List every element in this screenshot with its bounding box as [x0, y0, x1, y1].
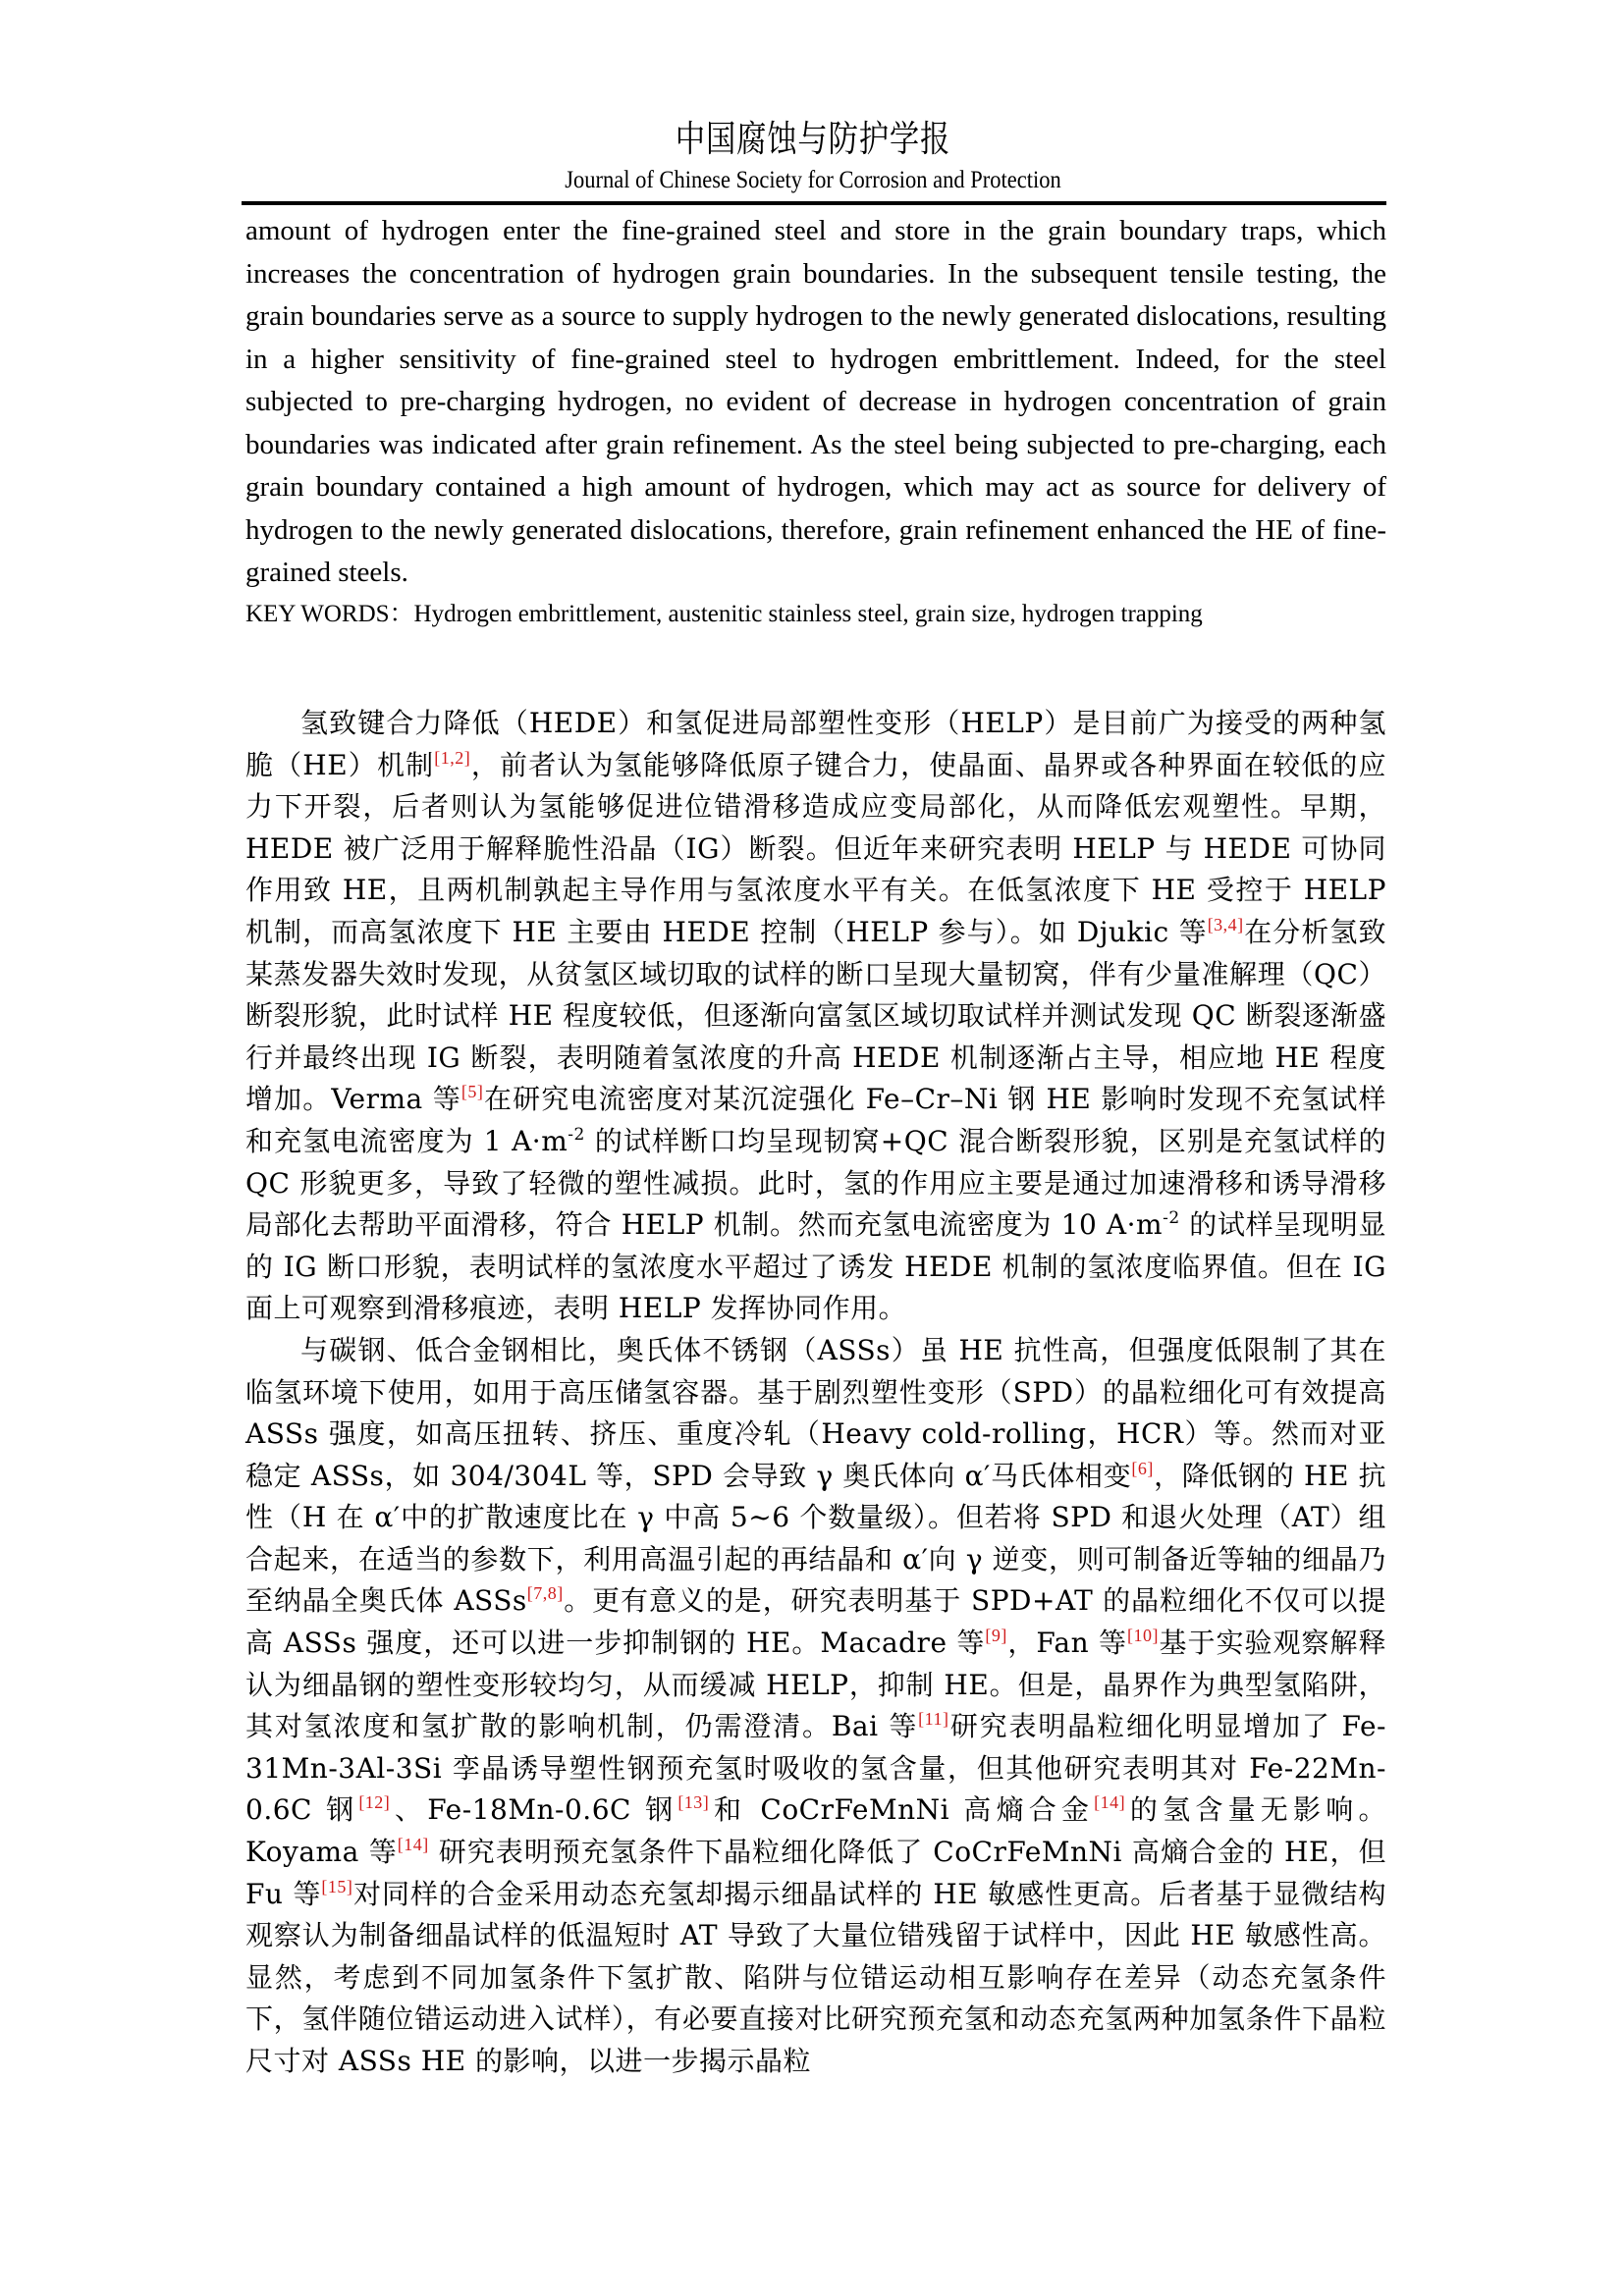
body-text: 氢致键合力降低（HEDE）和氢促进局部塑性变形（HELP）是目前广为接受的两种氢…: [245, 703, 1386, 2083]
keywords-line: KEY WORDS：Hydrogen embrittlement, austen…: [245, 595, 1386, 634]
citation-link[interactable]: [10]: [1127, 1626, 1159, 1645]
citation-link[interactable]: [9]: [985, 1626, 1007, 1645]
citation-link[interactable]: [1,2]: [434, 748, 470, 768]
citation-link[interactable]: [15]: [321, 1877, 352, 1896]
citation-link[interactable]: [12]: [358, 1792, 390, 1812]
text-span: 和 CoCrFeMnNi 高熵合金: [709, 1793, 1094, 1826]
exponent: -2: [568, 1125, 585, 1145]
citation-link[interactable]: [11]: [918, 1709, 948, 1729]
journal-title-en: Journal of Chinese Society for Corrosion…: [300, 165, 1326, 196]
citation-link[interactable]: [13]: [677, 1792, 709, 1812]
paragraph-1: 氢致键合力降低（HEDE）和氢促进局部塑性变形（HELP）是目前广为接受的两种氢…: [245, 703, 1386, 1330]
page-header: 中国腐蚀与防护学报 Journal of Chinese Society for…: [244, 116, 1382, 196]
citation-link[interactable]: [14]: [1094, 1792, 1125, 1812]
citation-link[interactable]: [6]: [1131, 1459, 1154, 1478]
text-span: 对同样的合金采用动态充氢却揭示细晶试样的 HE 敏感性更高。后者基于显微结构观察…: [245, 1878, 1386, 2077]
header-divider: [242, 201, 1386, 205]
citation-link[interactable]: [7,8]: [527, 1583, 564, 1603]
abstract-section: amount of hydrogen enter the fine-graine…: [245, 210, 1386, 634]
keywords-label: KEY WORDS：: [245, 601, 414, 627]
citation-link[interactable]: [14]: [398, 1835, 429, 1854]
keywords-text: Hydrogen embrittlement, austenitic stain…: [414, 601, 1203, 627]
text-span: 、Fe-18Mn-0.6C 钢: [390, 1793, 677, 1826]
abstract-text: amount of hydrogen enter the fine-graine…: [245, 210, 1386, 595]
journal-title-cn: 中国腐蚀与防护学报: [346, 116, 1279, 163]
citation-link[interactable]: [3,4]: [1208, 915, 1244, 934]
citation-link[interactable]: [5]: [461, 1082, 484, 1101]
exponent: -2: [1163, 1208, 1180, 1228]
text-span: ，Fan 等: [1007, 1627, 1127, 1659]
paragraph-2: 与碳钢、低合金钢相比，奥氏体不锈钢（ASSs）虽 HE 抗性高，但强度低限制了其…: [245, 1330, 1386, 2083]
